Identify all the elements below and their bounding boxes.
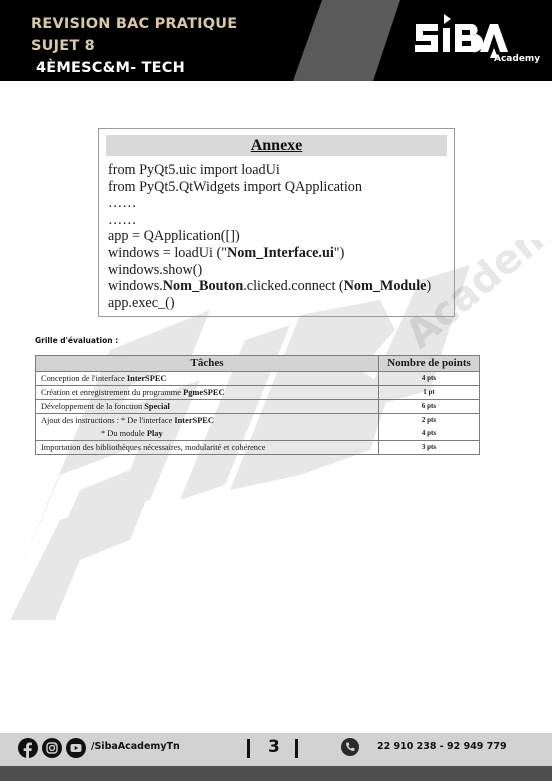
footer-bottom-band (0, 766, 552, 781)
code-text: ") (334, 245, 345, 261)
code-identifier: Nom_Module (344, 278, 427, 294)
header-title: REVISION BAC PRATIQUE (31, 16, 237, 32)
task-keyword: PgmeSPEC (183, 388, 224, 397)
table-row: Création et enregistrement du programme … (36, 386, 480, 400)
footer-divider (295, 739, 298, 758)
code-line: from PyQt5.QtWidgets import QApplication (108, 179, 431, 196)
page-header: REVISION BAC PRATIQUE SUJET 8 4ÈMESC&M- … (0, 0, 552, 81)
table-row: Développement de la fonction Special6 pt… (36, 400, 480, 414)
annexe-title-bar: Annexe (106, 135, 447, 156)
header-subject: SUJET 8 (31, 38, 95, 54)
points-value: 2 pts (384, 414, 474, 427)
task-text: * Du module (101, 429, 147, 438)
task-cell: Importation des bibliothèques nécessaire… (36, 441, 379, 455)
task-text: Création et enregistrement du programme (41, 388, 183, 397)
points-cell: 4 pts (379, 372, 480, 386)
code-text: …… (108, 195, 136, 211)
table-row: Importation des bibliothèques nécessaire… (36, 441, 480, 455)
code-text: windows.show() (108, 262, 202, 278)
siba-logo: Academy (410, 10, 540, 70)
code-line: app = QApplication([]) (108, 228, 431, 245)
task-keyword: InterSPEC (127, 374, 167, 383)
table-row: Ajout des instructions : * De l'interfac… (36, 414, 480, 441)
phone-icon (341, 738, 359, 756)
points-value: 1 pt (384, 386, 474, 399)
code-text: from PyQt5.QtWidgets import QApplication (108, 179, 362, 195)
annexe-title: Annexe (251, 137, 303, 154)
task-subitem: * Du module Play (41, 427, 373, 440)
task-keyword: InterSPEC (174, 416, 214, 425)
table-row: Conception de l'interface InterSPEC4 pts (36, 372, 480, 386)
facebook-icon[interactable] (18, 738, 38, 758)
column-header-points: Nombre de points (379, 356, 480, 372)
evaluation-table: Tâches Nombre de points Conception de l'… (35, 355, 480, 455)
code-line: windows.show() (108, 262, 431, 279)
code-text: app = QApplication([]) (108, 228, 240, 244)
column-header-tasks: Tâches (36, 356, 379, 372)
annexe-box: Annexe from PyQt5.uic import loadUifrom … (98, 128, 455, 317)
code-identifier: Nom_Interface.ui (227, 245, 334, 261)
task-cell: Création et enregistrement du programme … (36, 386, 379, 400)
header-class: 4ÈMESC&M- TECH (36, 60, 185, 76)
instagram-icon[interactable] (42, 738, 62, 758)
code-line: …… (108, 195, 431, 212)
phone-numbers[interactable]: 22 910 238 - 92 949 779 (377, 741, 507, 752)
table-header-row: Tâches Nombre de points (36, 356, 480, 372)
code-line: …… (108, 212, 431, 229)
code-text: from PyQt5.uic import loadUi (108, 162, 280, 178)
points-cell: 2 pts4 pts (379, 414, 480, 441)
task-keyword: Play (147, 429, 163, 438)
task-text: Conception de l'interface (41, 374, 127, 383)
task-text: Ajout des instructions : * De l'interfac… (41, 416, 174, 425)
task-text: Importation des bibliothèques nécessaire… (41, 443, 265, 452)
task-cell: Conception de l'interface InterSPEC (36, 372, 379, 386)
points-cell: 1 pt (379, 386, 480, 400)
code-text: …… (108, 212, 136, 228)
code-line: windows.Nom_Bouton.clicked.connect (Nom_… (108, 278, 431, 295)
task-text: Développement de la fonction (41, 402, 144, 411)
code-listing: from PyQt5.uic import loadUifrom PyQt5.Q… (108, 162, 431, 311)
logo-subtitle: Academy (494, 54, 540, 64)
page-number: 3 (268, 737, 280, 757)
code-line: from PyQt5.uic import loadUi (108, 162, 431, 179)
points-cell: 6 pts (379, 400, 480, 414)
points-value: 4 pts (384, 427, 474, 440)
points-value: 6 pts (384, 400, 474, 413)
code-line: app.exec_() (108, 295, 431, 312)
code-text: ) (426, 278, 431, 294)
grid-label: Grille d'évaluation : (35, 336, 118, 345)
code-text: app.exec_() (108, 295, 175, 311)
task-keyword: Special (144, 402, 170, 411)
code-line: windows = loadUi ("Nom_Interface.ui") (108, 245, 431, 262)
code-text: .clicked.connect ( (243, 278, 343, 294)
points-cell: 3 pts (379, 441, 480, 455)
social-handle[interactable]: /SibaAcademyTn (91, 741, 180, 752)
task-cell: Développement de la fonction Special (36, 400, 379, 414)
task-cell: Ajout des instructions : * De l'interfac… (36, 414, 379, 441)
points-value: 3 pts (384, 441, 474, 454)
points-value: 4 pts (384, 372, 474, 385)
code-text: windows = loadUi (" (108, 245, 227, 261)
footer-divider (247, 739, 250, 758)
code-identifier: Nom_Bouton (163, 278, 243, 294)
youtube-icon[interactable] (66, 738, 86, 758)
code-text: windows. (108, 278, 163, 294)
